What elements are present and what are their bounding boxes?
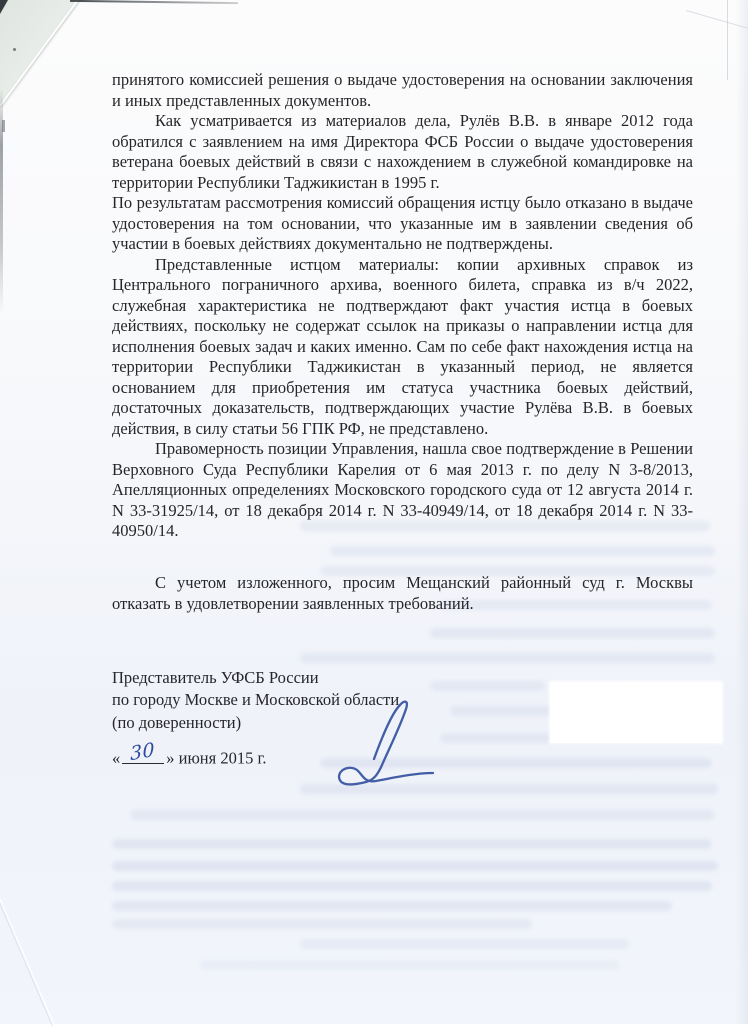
date-blank-underline: 30	[122, 746, 164, 764]
signature-ink	[330, 697, 442, 792]
bleedthrough-smudge	[300, 939, 630, 949]
page-top-edge-shadow	[70, 0, 238, 5]
bleedthrough-smudge	[112, 919, 532, 929]
bleedthrough-smudge	[300, 653, 715, 663]
body-paragraph-3: По результатам рассмотрения комиссий обр…	[112, 193, 693, 255]
handwritten-day: 30	[130, 739, 156, 766]
body-paragraph-5: Правомерность позиции Управления, нашла …	[112, 439, 693, 542]
bleedthrough-smudge	[112, 881, 712, 891]
body-paragraph-4: Представленные истцом материалы: копии а…	[112, 255, 693, 440]
right-edge-line	[727, 0, 728, 80]
signature-stroke	[339, 702, 433, 785]
bleedthrough-smudge	[112, 839, 712, 849]
right-edge-shading	[736, 0, 748, 1024]
body-paragraph-1: принятого комиссией решения о выдаче удо…	[112, 70, 693, 111]
scanned-document-page: принятого комиссией решения о выдаче удо…	[0, 0, 748, 1024]
date-line: «30» июня 2015 г.	[112, 746, 266, 770]
dust-speck	[13, 48, 16, 51]
redaction-patch	[550, 682, 722, 743]
folded-corner-artifact	[0, 0, 80, 108]
bleedthrough-smudge	[112, 861, 718, 871]
body-paragraph-2: Как усматривается из материалов дела, Ру…	[112, 111, 693, 193]
dust-speck	[2, 120, 5, 132]
bleedthrough-smudge	[112, 901, 672, 911]
closing-request: С учетом изложенного, просим Мещанский р…	[112, 573, 693, 614]
closing-paragraph: С учетом изложенного, просим Мещанский р…	[112, 573, 693, 614]
bleedthrough-smudge	[130, 810, 715, 820]
bleedthrough-smudge	[330, 546, 715, 556]
bleedthrough-smudge	[200, 960, 620, 970]
bleedthrough-smudge	[430, 628, 715, 638]
bottom-left-crease	[0, 898, 55, 1024]
date-rest: » июня 2015 г.	[166, 749, 266, 768]
document-body: принятого комиссией решения о выдаче удо…	[112, 70, 693, 542]
open-quote: «	[112, 749, 120, 768]
